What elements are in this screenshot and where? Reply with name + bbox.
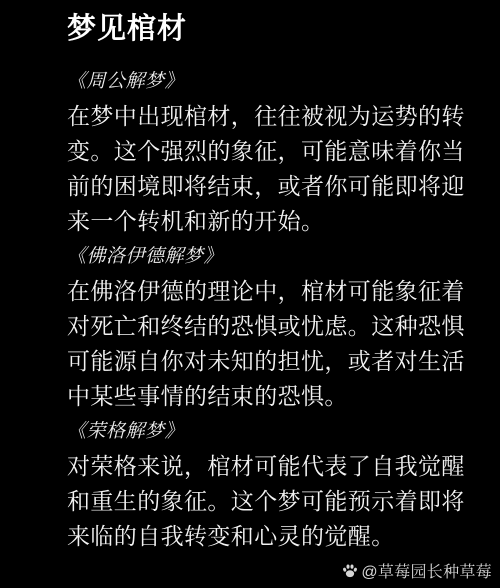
section-zhougong: 《周公解梦》 在梦中出现棺材，往往被视为运势的转变。这个强烈的象征，可能意味着你… bbox=[67, 64, 471, 239]
section-body-zhougong: 在梦中出现棺材，往往被视为运势的转变。这个强烈的象征，可能意味着你当前的困境即将… bbox=[67, 99, 471, 239]
section-body-freud: 在佛洛伊德的理论中，棺材可能象征着对死亡和终结的恐惧或忧虑。这种恐惧可能源自你对… bbox=[67, 274, 471, 414]
section-heading-jung: 《荣格解梦》 bbox=[67, 414, 471, 449]
article-content: 《周公解梦》 在梦中出现棺材，往往被视为运势的转变。这个强烈的象征，可能意味着你… bbox=[67, 64, 471, 554]
section-heading-freud: 《佛洛伊德解梦》 bbox=[67, 239, 471, 274]
paw-icon bbox=[342, 563, 358, 579]
page-title: 梦见棺材 bbox=[67, 14, 187, 46]
section-jung: 《荣格解梦》 对荣格来说，棺材可能代表了自我觉醒和重生的象征。这个梦可能预示着即… bbox=[67, 414, 471, 554]
section-body-jung: 对荣格来说，棺材可能代表了自我觉醒和重生的象征。这个梦可能预示着即将来临的自我转… bbox=[67, 449, 471, 554]
section-freud: 《佛洛伊德解梦》 在佛洛伊德的理论中，棺材可能象征着对死亡和终结的恐惧或忧虑。这… bbox=[67, 239, 471, 414]
watermark-handle: @草莓园长种草莓 bbox=[361, 559, 492, 582]
dream-interpretation-article: 梦见棺材 《周公解梦》 在梦中出现棺材，往往被视为运势的转变。这个强烈的象征，可… bbox=[0, 0, 500, 588]
author-watermark: @草莓园长种草莓 bbox=[342, 559, 492, 582]
section-heading-zhougong: 《周公解梦》 bbox=[67, 64, 471, 99]
